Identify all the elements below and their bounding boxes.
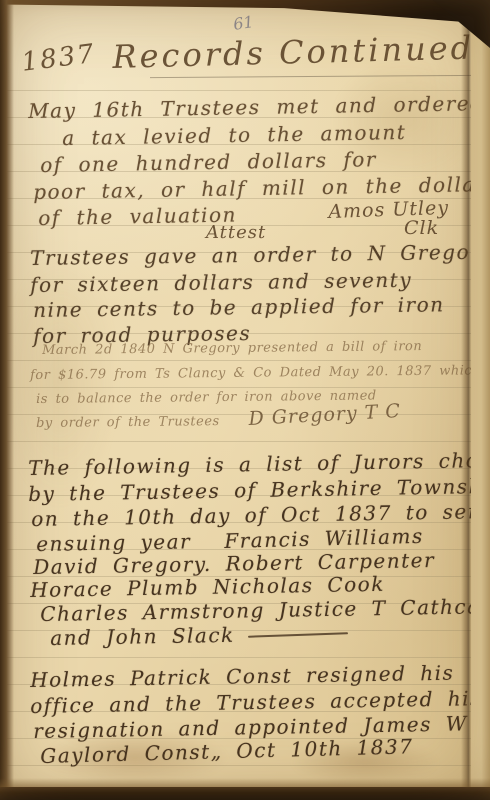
attest-label: Attest [206, 222, 266, 243]
binding-edge-bottom [0, 787, 490, 800]
jurors-line: and John Slack [50, 623, 235, 650]
ledger-page-photo: 61 1837 Records Continued May 16th Trust… [0, 0, 490, 800]
next-page-edge [471, 0, 490, 787]
iron-order-line: nine cents to be applied for iron [33, 292, 445, 322]
iron-note-line: March 2d 1840 N Gregory presented a bill… [42, 339, 422, 358]
flourish-dash [248, 632, 348, 637]
clerk-title: Clk [404, 217, 439, 239]
page-crease [461, 0, 471, 787]
iron-note-line: by order of the Trustees [36, 414, 220, 431]
tax-entry-line: of one hundred dollars for [40, 147, 377, 177]
page-number: 61 [232, 12, 255, 34]
heading-year: 1837 [20, 39, 97, 78]
iron-order-line: Trustees gave an order to N Gregory [30, 240, 490, 270]
binding-edge-left [0, 0, 14, 800]
page-bottom-shadow [0, 778, 490, 787]
